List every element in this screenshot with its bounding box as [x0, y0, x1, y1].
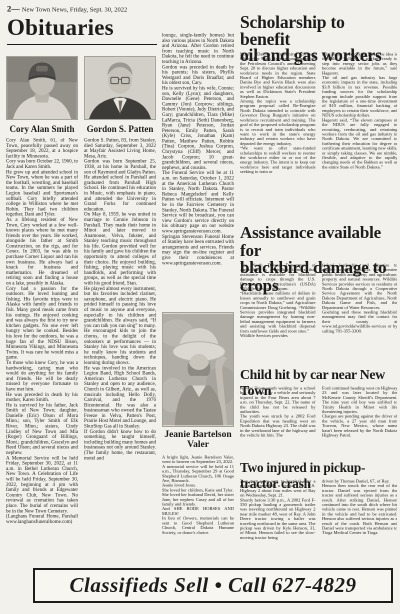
scholarship-col2: relocate for good paying jobs. The idea … [322, 52, 398, 225]
obituary-column-gordon: Gordon S. Patten Gordon S. Patten, 83, f… [84, 56, 156, 564]
cory-smith-photo [6, 56, 78, 120]
masthead: New Town News, Friday, Sept. 30, 2022 [22, 6, 128, 14]
obituary-name-gordon: Gordon S. Patten [84, 124, 156, 135]
obituary-name-cory: Cory Alan Smith [6, 124, 78, 135]
page-number: 2— [7, 4, 20, 14]
crash-article-body: Two men were sent to hospital after a pi… [240, 479, 397, 565]
child-hit-col1: A New Town youth waiting for a school bu… [240, 386, 316, 460]
obituary-body-cory: Cory Alan Smith, 61, of New Town, peacef… [6, 138, 78, 542]
gordon-patten-photo [84, 56, 156, 120]
blackbird-col1: The North Dakota Department of Agricultu… [240, 263, 316, 363]
scholarship-article-body: North Dakota University System Chancello… [240, 52, 397, 225]
obituary-column-cory: Cory Alan Smith Cory Alan Smith, 61, of … [6, 56, 78, 542]
crash-col2: driven by Thomas Daniel, 67, of Ray. Hen… [322, 479, 398, 565]
obituary-body-jeanie: A bright light, Jeanie Bartelson Valer, … [162, 455, 234, 541]
obituary-body-gordon-col1: Gordon S. Patten, 83, from Stanley, died… [84, 138, 156, 564]
obituary-name-jeanie: Jeanie Bartelson Valer [162, 430, 234, 450]
classifieds-banner: Classifieds Sell • Call 627-4829 [33, 568, 393, 603]
blackbird-col2: federal leadership and expertise to reso… [322, 263, 398, 363]
child-hit-article-body: A New Town youth waiting for a school bu… [240, 386, 397, 460]
newspaper-page: 2— New Town News, Friday, Sept. 30, 2022… [0, 0, 400, 614]
scholarship-col1: North Dakota University System Chancello… [240, 52, 316, 225]
obituary-body-gordon-col2: lounge, single-family homes) but also va… [162, 33, 234, 295]
jeanie-valer-photo [162, 312, 234, 427]
blackbird-article-body: The North Dakota Department of Agricultu… [240, 263, 397, 363]
classifieds-banner-text: Classifieds Sell • Call 627-4829 [69, 573, 356, 598]
obituaries-section-title: Obituaries [7, 15, 157, 45]
crash-col1: Two men were sent to hospital after a pi… [240, 479, 316, 565]
obituary-column-continued: lounge, single-family homes) but also va… [162, 33, 234, 541]
child-hit-col2: Ford continued heading west on Highway 2… [322, 386, 398, 460]
